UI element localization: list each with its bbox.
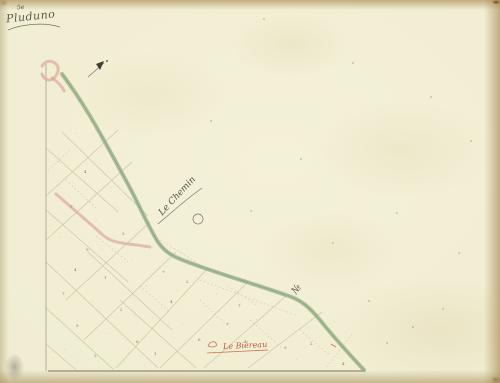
- parcel-number: ·: [64, 348, 65, 352]
- parcel-number: 7: [238, 304, 241, 308]
- map-drawing: [0, 0, 500, 383]
- paper-blemish: [458, 252, 460, 254]
- parcel-number: 8: [136, 340, 139, 344]
- parcel-number: 2: [310, 342, 313, 346]
- paper-blemish: [412, 326, 414, 328]
- parcel-number: ·: [152, 316, 153, 320]
- parcel-number: ·: [58, 160, 59, 164]
- parcel-number: 2: [120, 308, 123, 312]
- parcel-number: 9: [86, 248, 89, 252]
- road-green-line: [62, 74, 364, 370]
- road-edge-line: [62, 74, 364, 370]
- parcel-number: ·: [146, 284, 147, 288]
- title-flourish: [8, 24, 60, 30]
- parcel-number: 6: [198, 338, 201, 342]
- parcel-number: 1: [154, 352, 157, 356]
- red-tick: [331, 344, 336, 347]
- parcel-number: ·: [124, 360, 125, 364]
- paper-blemish: [300, 158, 302, 160]
- parcel-number: ·: [296, 358, 297, 362]
- parcel-number: ·: [182, 322, 183, 326]
- paper-blemish: [332, 242, 334, 244]
- parcel-number: 1: [104, 276, 107, 280]
- parcel-number: 4: [244, 340, 247, 344]
- parcel-number: ·: [96, 218, 97, 222]
- parcel-number: ·: [328, 352, 329, 356]
- parcel-number: 3: [122, 232, 125, 236]
- parcel-number: 4: [170, 300, 173, 304]
- parcel-number: ·: [214, 352, 215, 356]
- paper-blemish: [352, 62, 354, 64]
- parcel-number: 4: [84, 170, 87, 174]
- pink-path-top: [42, 61, 58, 80]
- parcel-number: ·: [256, 318, 257, 322]
- parcel-number: +: [162, 270, 165, 274]
- parcel-number: 5: [76, 324, 79, 328]
- parcel-number: ·: [100, 140, 101, 144]
- parcel-number: ·: [92, 300, 93, 304]
- pink-path-top-tail: [52, 78, 64, 91]
- parcel-number: ·: [216, 292, 217, 296]
- red-scribble: [208, 342, 217, 347]
- parcel-number: 4: [342, 362, 345, 366]
- paper-blemish: [263, 18, 265, 20]
- parcel-number: 7: [62, 292, 65, 296]
- parcel-number: 4: [74, 268, 77, 272]
- parcel-number: ·: [268, 332, 269, 336]
- parcel-number: ·: [132, 258, 133, 262]
- flag-icon: [88, 60, 108, 77]
- red-label-underline: [207, 350, 268, 353]
- map-sheet: 5e Pluduno Le Chemin № Le Biéreau ·4·7·3…: [0, 0, 500, 383]
- parcel-number: ·: [106, 332, 107, 336]
- paper-blemish: [470, 140, 472, 142]
- parcel-number: ·: [110, 186, 111, 190]
- parcel-number: ·: [76, 132, 77, 136]
- paper-blemish: [386, 342, 388, 344]
- parcel-number: 7: [70, 205, 73, 209]
- paper-blemish: [430, 96, 432, 98]
- parcel-number: ·: [60, 236, 61, 240]
- paper-blemish: [396, 212, 398, 214]
- paper-blemish: [368, 300, 370, 302]
- parcel-boundaries-dashed: [46, 150, 360, 368]
- parcel-number: +: [226, 322, 229, 326]
- parcel-number: 9: [284, 346, 287, 350]
- parcel-number: 3: [94, 354, 97, 358]
- paper-stain: [5, 353, 24, 381]
- paper-blemish: [442, 308, 444, 310]
- paper-blemish: [250, 210, 252, 212]
- paper-blemish: [210, 120, 212, 122]
- parcel-number: 2: [186, 280, 189, 284]
- road-label-ring: [193, 214, 203, 224]
